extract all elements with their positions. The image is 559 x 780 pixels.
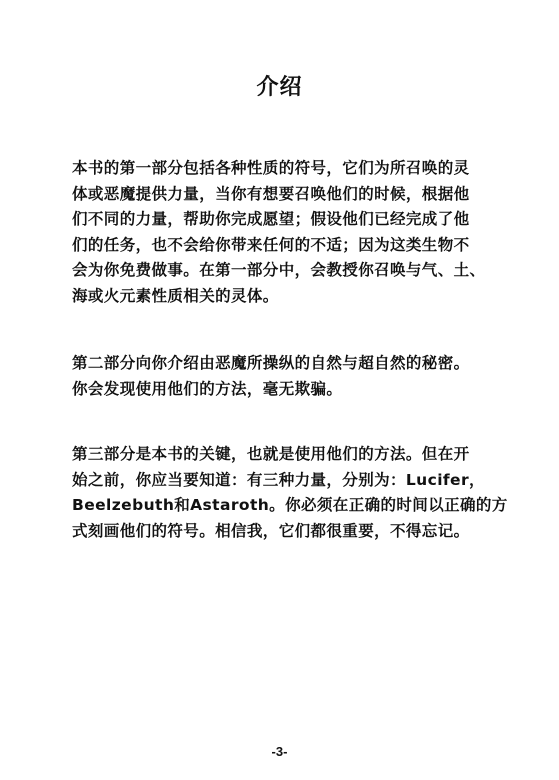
text-line: 第二部分向你介绍由恶魔所操纵的自然与超自然的秘密。 xyxy=(72,351,472,377)
text-line: 们不同的力量，帮助你完成愿望；假设他们已经完成了他 xyxy=(72,207,472,233)
paragraph-part-two: 第二部分向你介绍由恶魔所操纵的自然与超自然的秘密。 你会发现使用他们的方法，毫无… xyxy=(72,351,472,402)
page-number: -3- xyxy=(0,744,559,759)
text-line: 始之前，你应当要知道：有三种力量，分别为：Lucifer， xyxy=(72,468,472,494)
page-title: 介绍 xyxy=(0,70,559,101)
text-line: 第三部分是本书的关键，也就是使用他们的方法。但在开 xyxy=(72,442,472,468)
paragraph-part-three: 第三部分是本书的关键，也就是使用他们的方法。但在开 始之前，你应当要知道：有三种… xyxy=(72,442,472,544)
text-line: Beelzebuth和Astaroth。你必须在正确的时间以正确的方 xyxy=(72,493,472,519)
text-line: 你会发现使用他们的方法，毫无欺骗。 xyxy=(72,377,472,403)
text-line: 式刻画他们的符号。相信我，它们都很重要，不得忘记。 xyxy=(72,519,472,545)
text-line: 们的任务，也不会给你带来任何的不适；因为这类生物不 xyxy=(72,233,472,259)
paragraph-part-one: 本书的第一部分包括各种性质的符号，它们为所召唤的灵 体或恶魔提供力量，当你有想要… xyxy=(72,156,472,309)
text-line: 本书的第一部分包括各种性质的符号，它们为所召唤的灵 xyxy=(72,156,472,182)
text-line: 海或火元素性质相关的灵体。 xyxy=(72,284,472,310)
text-line: 体或恶魔提供力量，当你有想要召唤他们的时候，根据他 xyxy=(72,182,472,208)
text-line: 会为你免费做事。在第一部分中，会教授你召唤与气、土、 xyxy=(72,258,472,284)
